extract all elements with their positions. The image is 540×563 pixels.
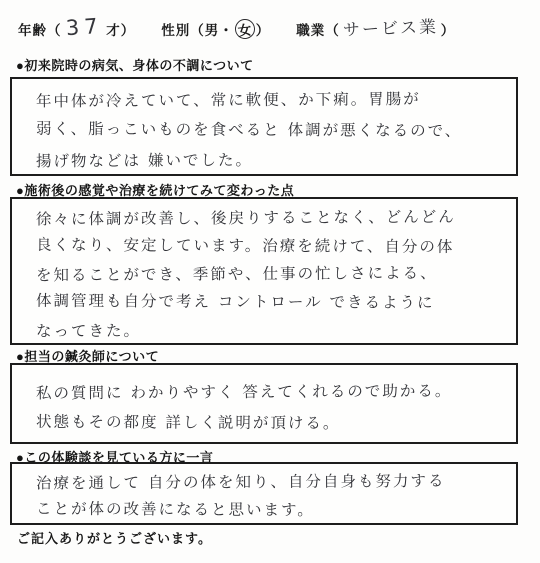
answer-box-changes-after-treatment: 徐々に体調が改善し、後戻りすることなく、どんどん 良くなり、安定しています。治療… bbox=[10, 197, 518, 345]
handwritten-line: 状態もその都度 詳しく説明が頂ける。 bbox=[36, 407, 504, 440]
handwritten-line: なってきた。 bbox=[36, 315, 504, 346]
handwritten-line: ことが体の改善になると思います。 bbox=[36, 495, 504, 525]
handwritten-line: 治療を通して 自分の体を知り、自分自身も努力する bbox=[36, 467, 504, 498]
gender-selection-circle: 女 bbox=[234, 18, 256, 40]
questionnaire-scan: 年齢（ 37 才） 性別（男・ 女 ） 職業（ サービス業 ） ●初来院時の病気… bbox=[0, 0, 540, 563]
handwritten-line: 体調管理も自分で考え コントロール できるように bbox=[36, 287, 504, 317]
gender-close-paren: ） bbox=[256, 19, 271, 39]
answer-box-about-acupuncturist: 私の質問に わかりやすく 答えてくれるので助かる。 状態もその都度 詳しく説明が… bbox=[10, 363, 518, 444]
answer-box-initial-condition: 年中体が冷えていて、常に軟便、か下痢。胃腸が 弱く、脂っこいものを食べると 体調… bbox=[10, 77, 518, 176]
thank-you-note: ご記入ありがとうございます。 bbox=[17, 528, 212, 547]
handwritten-line: 揚げ物などは 嫌いでした。 bbox=[36, 144, 504, 177]
age-suffix: 才） bbox=[106, 19, 135, 39]
answer-box-message-to-readers: 治療を通して 自分の体を知り、自分自身も努力する ことが体の改善になると思います… bbox=[10, 462, 518, 525]
handwritten-line: 徐々に体調が改善し、後戻りすることなく、どんどん bbox=[36, 203, 504, 234]
section-title-initial-condition: ●初来院時の病気、身体の不調について bbox=[16, 55, 516, 74]
occupation-value-handwritten: サービス業 bbox=[342, 12, 438, 40]
occupation-close-paren: ） bbox=[441, 19, 456, 39]
profile-row: 年齢（ 37 才） 性別（男・ 女 ） 職業（ サービス業 ） bbox=[18, 13, 528, 45]
gender-label: 性別（男・ bbox=[161, 19, 234, 39]
handwritten-line: 年中体が冷えていて、常に軟便、か下痢。胃腸が bbox=[36, 84, 504, 117]
handwritten-line: 良くなり、安定しています。治療を続けて、自分の体 bbox=[36, 231, 504, 261]
age-value-handwritten: 37 bbox=[65, 14, 103, 41]
handwritten-line: 弱く、脂っこいものを食べると 体調が悪くなるので、 bbox=[36, 114, 504, 146]
gender-selected-value: 女 bbox=[236, 18, 253, 39]
handwritten-line: 私の質問に わかりやすく 答えてくれるので助かる。 bbox=[36, 376, 504, 410]
handwritten-line: を知ることができ、季節や、仕事の忙しさによる、 bbox=[36, 259, 504, 290]
occupation-label: 職業（ bbox=[296, 19, 340, 39]
age-label: 年齢（ bbox=[18, 19, 62, 39]
